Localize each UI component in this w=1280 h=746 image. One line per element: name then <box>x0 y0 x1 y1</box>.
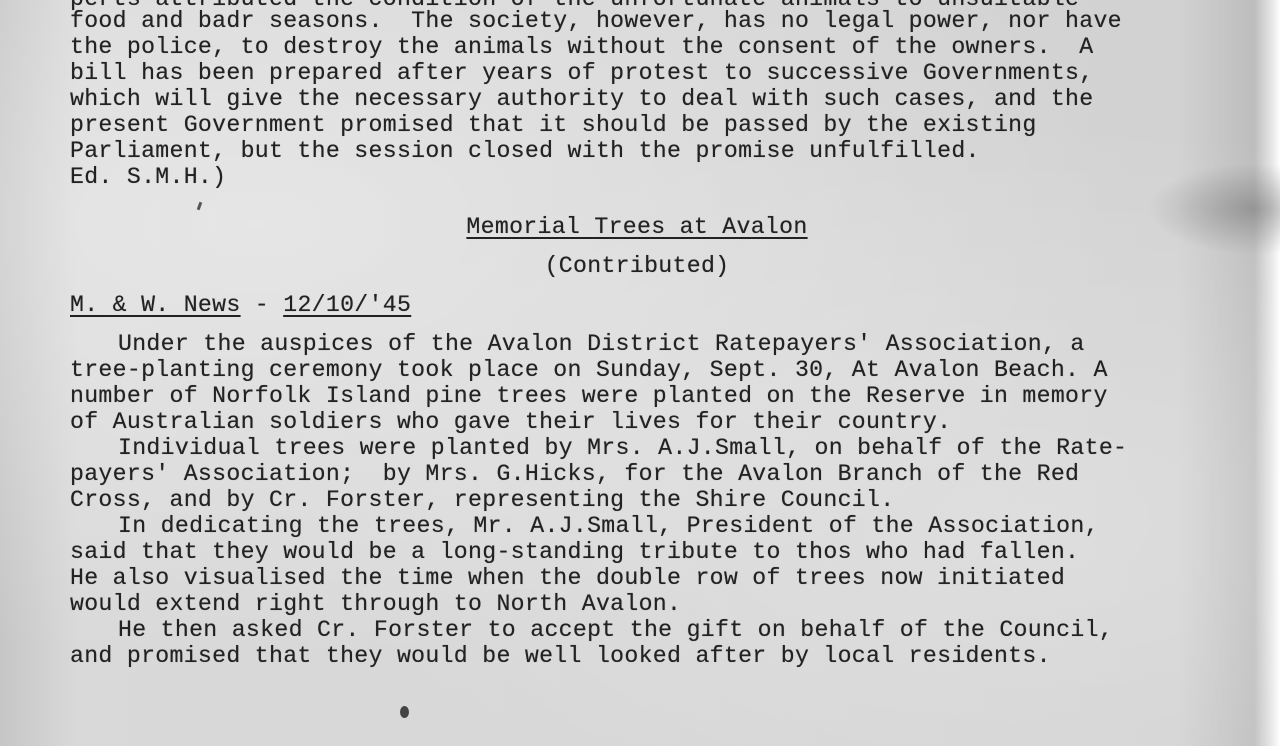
body-line: Under the auspices of the Avalon Distric… <box>118 331 1085 357</box>
article-title-wrap: Memorial Trees at Avalon <box>0 214 1274 240</box>
body-line: and promised that they would be well loo… <box>70 643 1051 669</box>
body-line: payers' Association; by Mrs. G.Hicks, fo… <box>70 461 1079 487</box>
body-line: would extend right through to North Aval… <box>70 591 681 617</box>
source-line: M. & W. News - 12/10/'45 <box>70 292 411 318</box>
source-separator: - <box>241 292 284 318</box>
body-line: number of Norfolk Island pine trees were… <box>70 383 1108 409</box>
body-line: Cross, and by Cr. Forster, representing … <box>70 487 894 513</box>
intro-line: food and badr seasons. The society, howe… <box>70 8 1122 34</box>
ink-mark <box>197 202 203 211</box>
ink-speck <box>400 706 409 718</box>
intro-line: bill has been prepared after years of pr… <box>70 60 1093 86</box>
body-line: of Australian soldiers who gave their li… <box>70 409 951 435</box>
scanned-page: perts attributed the condition of the un… <box>0 0 1280 746</box>
body-line: He then asked Cr. Forster to accept the … <box>118 617 1113 643</box>
intro-line: present Government promised that it shou… <box>70 112 1037 138</box>
source-name: M. & W. News <box>70 292 241 318</box>
intro-line: the police, to destroy the animals witho… <box>70 34 1093 60</box>
body-line: said that they would be a long-standing … <box>70 539 1079 565</box>
intro-line: Parliament, but the session closed with … <box>70 138 980 164</box>
source-date: 12/10/'45 <box>283 292 411 318</box>
article-title: Memorial Trees at Avalon <box>466 214 807 240</box>
body-line: Individual trees were planted by Mrs. A.… <box>118 435 1127 461</box>
editor-credit: Ed. S.M.H.) <box>70 164 226 190</box>
body-line: tree-planting ceremony took place on Sun… <box>70 357 1108 383</box>
body-line: In dedicating the trees, Mr. A.J.Small, … <box>118 513 1099 539</box>
article-subtitle: (Contributed) <box>0 253 1274 279</box>
body-line: He also visualised the time when the dou… <box>70 565 1065 591</box>
intro-line: which will give the necessary authority … <box>70 86 1093 112</box>
